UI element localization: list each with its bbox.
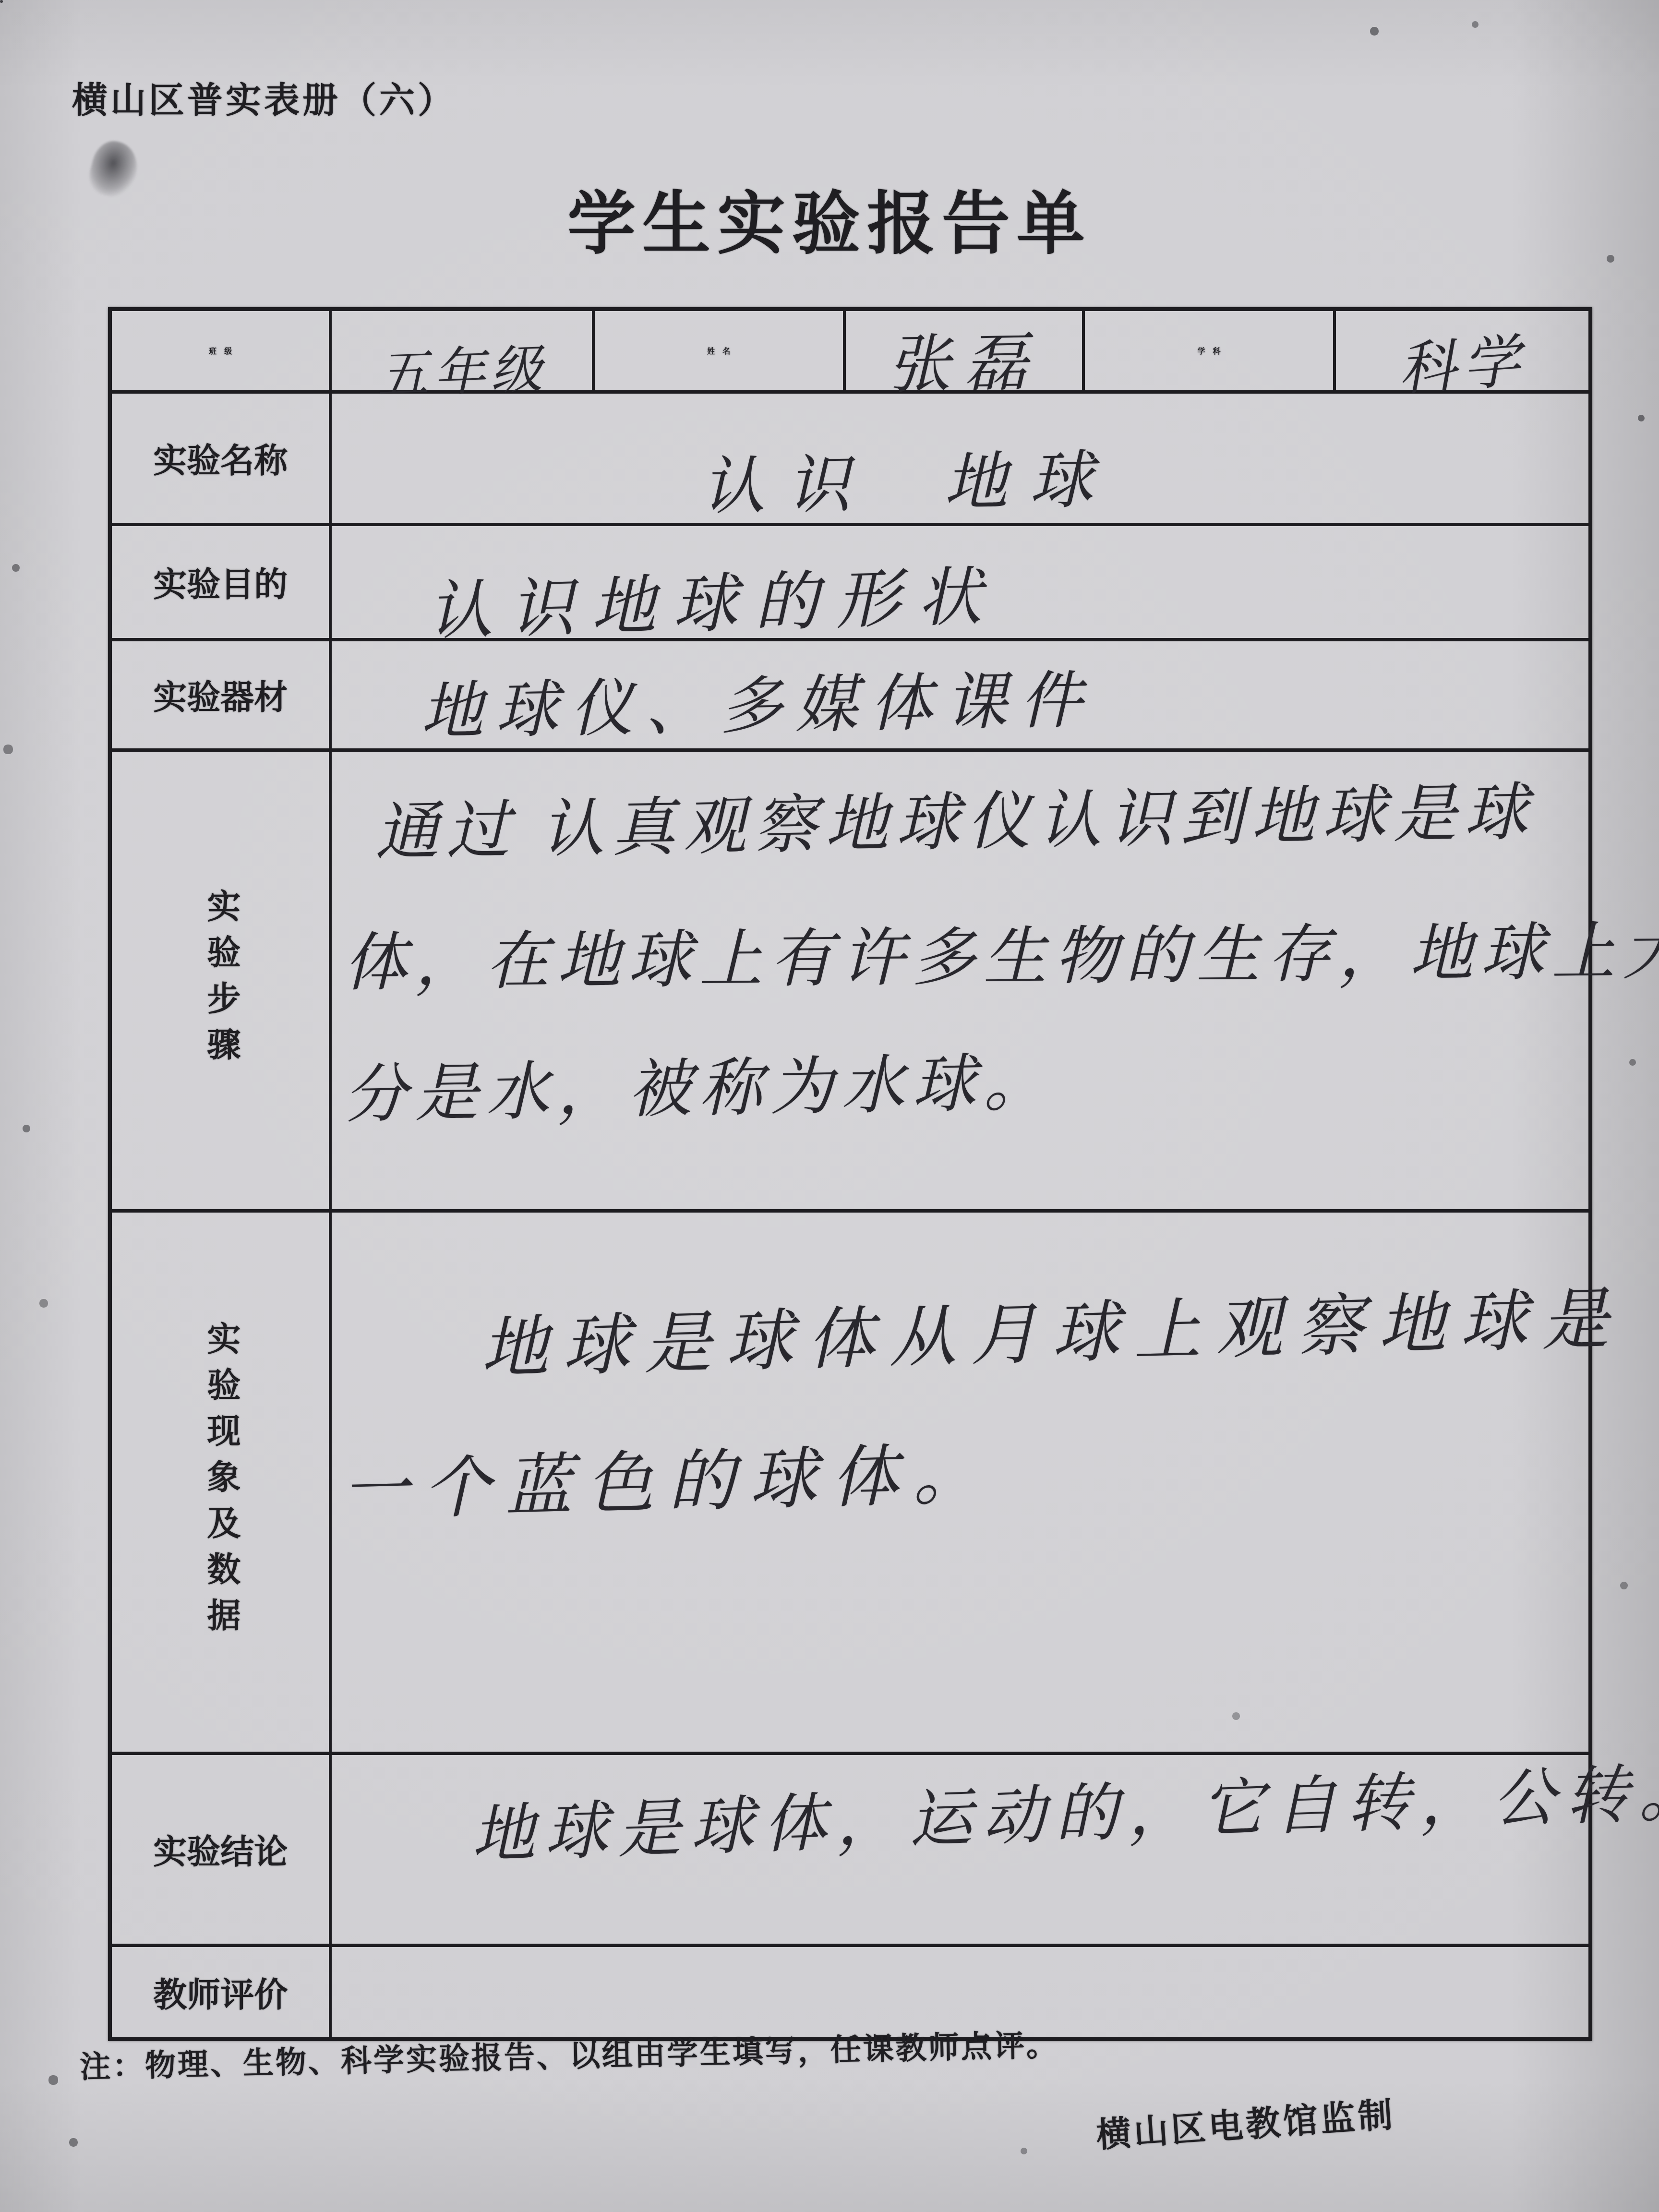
steps-handwriting-line2: 体，在地球上有许多生物的生存，地球上大部 (344, 899, 1659, 1003)
info-row: 班 级 五年级 姓 名 张磊 学 科 科学 (112, 311, 1588, 394)
experiment-name-label: 实验名称 (112, 394, 332, 523)
experiment-conclusion-cell: 地球是球体，运动的，它自转，公转。 (332, 1755, 1588, 1944)
footer-mark: 横山区电教馆监制 (1094, 2086, 1397, 2157)
subject-label: 学 科 (1085, 311, 1336, 390)
experiment-purpose-handwriting: 认识地球的形状 (427, 545, 1000, 652)
experiment-equipment-cell: 地球仪、多媒体课件 (332, 641, 1588, 748)
experiment-observation-label-text: 实验现象及数据 (203, 1321, 238, 1644)
experiment-purpose-row: 实验目的 认识地球的形状 (112, 526, 1588, 641)
class-label: 班 级 (112, 311, 332, 390)
scanned-report-page: 横山区普实表册（六） 学生实验报告单 班 级 五年级 姓 名 张磊 学 科 科学… (0, 0, 1659, 2212)
experiment-name-row: 实验名称 认识 地球 (112, 394, 1588, 526)
class-value-handwriting: 五年级 (375, 327, 548, 408)
experiment-equipment-label: 实验器材 (112, 641, 332, 748)
name-value-cell: 张磊 (846, 311, 1085, 390)
booklet-header: 横山区普实表册（六） (72, 72, 456, 123)
teacher-evaluation-row: 教师评价 (112, 1947, 1588, 2037)
experiment-name-cell: 认识 地球 (332, 394, 1588, 523)
steps-handwriting-line1: 通过 认真观察地球仪认识到地球是球 (374, 761, 1536, 872)
report-table: 班 级 五年级 姓 名 张磊 学 科 科学 实验名称 认识 地球 实验目的 认识… (108, 307, 1592, 2041)
experiment-steps-label-text: 实验步骤 (203, 889, 238, 1073)
name-value-handwriting: 张磊 (886, 311, 1041, 405)
steps-handwriting-line3: 分是水，被称为水球。 (343, 1031, 1055, 1135)
experiment-observation-row: 实验现象及数据 地球是球体从月球上观察地球是 一个蓝色的球体。 (112, 1213, 1588, 1755)
experiment-equipment-row: 实验器材 地球仪、多媒体课件 (112, 641, 1588, 752)
experiment-conclusion-label: 实验结论 (112, 1755, 332, 1944)
experiment-equipment-handwriting: 地球仪、多媒体课件 (420, 650, 1095, 751)
subject-value-handwriting: 科学 (1395, 314, 1529, 406)
experiment-steps-label: 实验步骤 (112, 752, 332, 1209)
experiment-conclusion-row: 实验结论 地球是球体，运动的，它自转，公转。 (112, 1755, 1588, 1947)
page-title: 学生实验报告单 (0, 169, 1659, 267)
class-value-cell: 五年级 (332, 311, 595, 390)
observation-handwriting-line1: 地球是球体从月球上观察地球是 (480, 1265, 1624, 1391)
experiment-observation-cell: 地球是球体从月球上观察地球是 一个蓝色的球体。 (332, 1213, 1588, 1752)
experiment-observation-label: 实验现象及数据 (112, 1213, 332, 1752)
experiment-purpose-cell: 认识地球的形状 (332, 526, 1588, 638)
paper-specks (0, 0, 3, 3)
experiment-steps-cell: 通过 认真观察地球仪认识到地球是球 体，在地球上有许多生物的生存，地球上大部 分… (332, 752, 1588, 1209)
experiment-name-handwriting: 认识 地球 (701, 429, 1116, 527)
conclusion-handwriting: 地球是球体，运动的，它自转，公转。 (470, 1741, 1659, 1875)
teacher-evaluation-label: 教师评价 (112, 1947, 332, 2037)
experiment-purpose-label: 实验目的 (112, 526, 332, 638)
observation-handwriting-line2: 一个蓝色的球体。 (340, 1420, 996, 1534)
experiment-steps-row: 实验步骤 通过 认真观察地球仪认识到地球是球 体，在地球上有许多生物的生存，地球… (112, 752, 1588, 1213)
subject-value-cell: 科学 (1336, 311, 1588, 390)
name-label: 姓 名 (595, 311, 846, 390)
